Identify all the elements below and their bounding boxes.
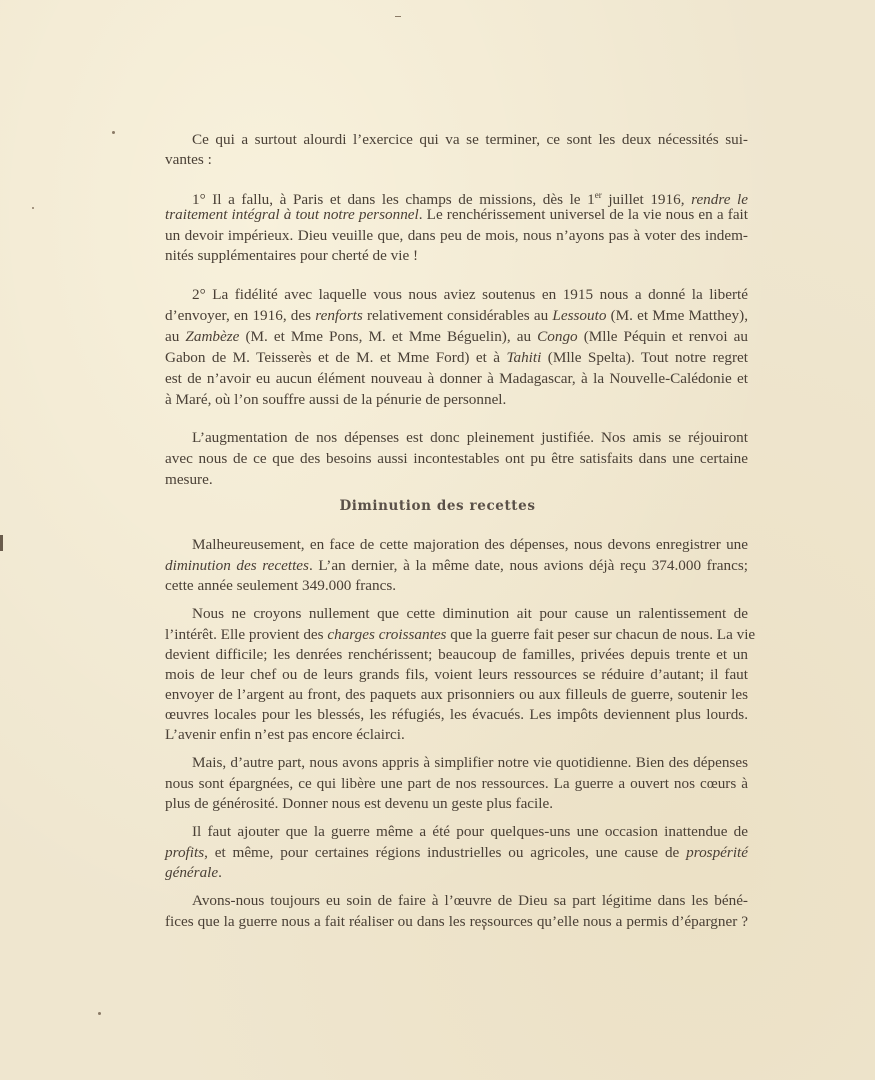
paragraph-8-line-3: générale. <box>165 863 748 883</box>
paragraph-6-line-6: œuvres locales pour les blessés, les réf… <box>165 705 748 725</box>
paragraph-2-line-3: un devoir impérieux. Dieu veuille que, d… <box>165 226 748 246</box>
scan-edge-mark <box>0 535 3 551</box>
paragraph-4-line-1: L’augmentation de nos dépenses est donc … <box>192 428 748 448</box>
paragraph-5-line-3: cette année seulement 349.000 francs. <box>165 576 748 596</box>
paper-speck <box>98 1012 101 1015</box>
paragraph-1-line-2: vantes : <box>165 150 748 170</box>
paragraph-4-line-2: avec nous de ce que des besoins aussi in… <box>165 449 748 469</box>
paragraph-3-line-1: 2° La fidélité avec laquelle vous nous a… <box>192 285 748 305</box>
paragraph-5-line-2: diminution des recettes. L’an dernier, à… <box>165 556 748 576</box>
paragraph-2-line-2: traitement intégral à tout notre personn… <box>165 205 748 225</box>
paragraph-6-line-1: Nous ne croyons nullement que cette dimi… <box>192 604 748 624</box>
paragraph-6-line-4: mois de leur chef ou de leurs grands fil… <box>165 665 748 685</box>
paragraph-3-line-2: d’envoyer, en 1916, des renforts relativ… <box>165 306 748 326</box>
paragraph-6-line-3: devient difficile; les denrées renchéris… <box>165 645 748 665</box>
paragraph-7-line-3: plus de générosité. Donner nous est deve… <box>165 794 748 814</box>
paper-speck <box>32 207 34 209</box>
paragraph-8-line-1: Il faut ajouter que la guerre même a été… <box>192 822 748 842</box>
document-page: Ce qui a surtout alourdi l’exercice qui … <box>0 0 875 1080</box>
paragraph-1-line-1: Ce qui a surtout alourdi l’exercice qui … <box>192 130 748 150</box>
paragraph-6-line-7: L’avenir enfin n’est pas encore éclairci… <box>165 725 748 745</box>
paragraph-6-line-5: envoyer de l’argent au front, des paquet… <box>165 685 748 705</box>
paper-speck <box>395 16 401 17</box>
paragraph-3-line-6: à Maré, où l’on souffre aussi de la pénu… <box>165 390 748 410</box>
paragraph-7-line-2: nous sont épargnées, ce qui libère une p… <box>165 774 748 794</box>
paragraph-5-line-1: Malheureusement, en face de cette majora… <box>192 535 748 555</box>
paragraph-7-line-1: Mais, d’autre part, nous avons appris à … <box>192 753 748 773</box>
paper-speck <box>483 925 485 930</box>
paragraph-6-line-2: l’intérêt. Elle provient des charges cro… <box>165 625 748 645</box>
paragraph-9-line-1: Avons-nous toujours eu soin de faire à l… <box>192 891 748 911</box>
section-heading: Diminution des recettes <box>0 498 875 514</box>
paragraph-3-line-3: au Zambèze (M. et Mme Pons, M. et Mme Bé… <box>165 327 748 347</box>
paragraph-8-line-2: profits, et même, pour certaines régions… <box>165 843 748 863</box>
paragraph-4-line-3: mesure. <box>165 470 748 490</box>
paragraph-3-line-5: est de n’avoir eu aucun élément nouveau … <box>165 369 748 389</box>
paragraph-9-line-2: fices que la guerre nous a fait réaliser… <box>165 912 748 932</box>
paragraph-2-line-4: nités supplémentaires pour cherté de vie… <box>165 246 748 266</box>
paragraph-2-line-1: 1° Il a fallu, à Paris et dans les champ… <box>192 185 748 205</box>
paper-speck <box>112 131 115 134</box>
paragraph-3-line-4: Gabon de M. Teisserès et de M. et Mme Fo… <box>165 348 748 368</box>
